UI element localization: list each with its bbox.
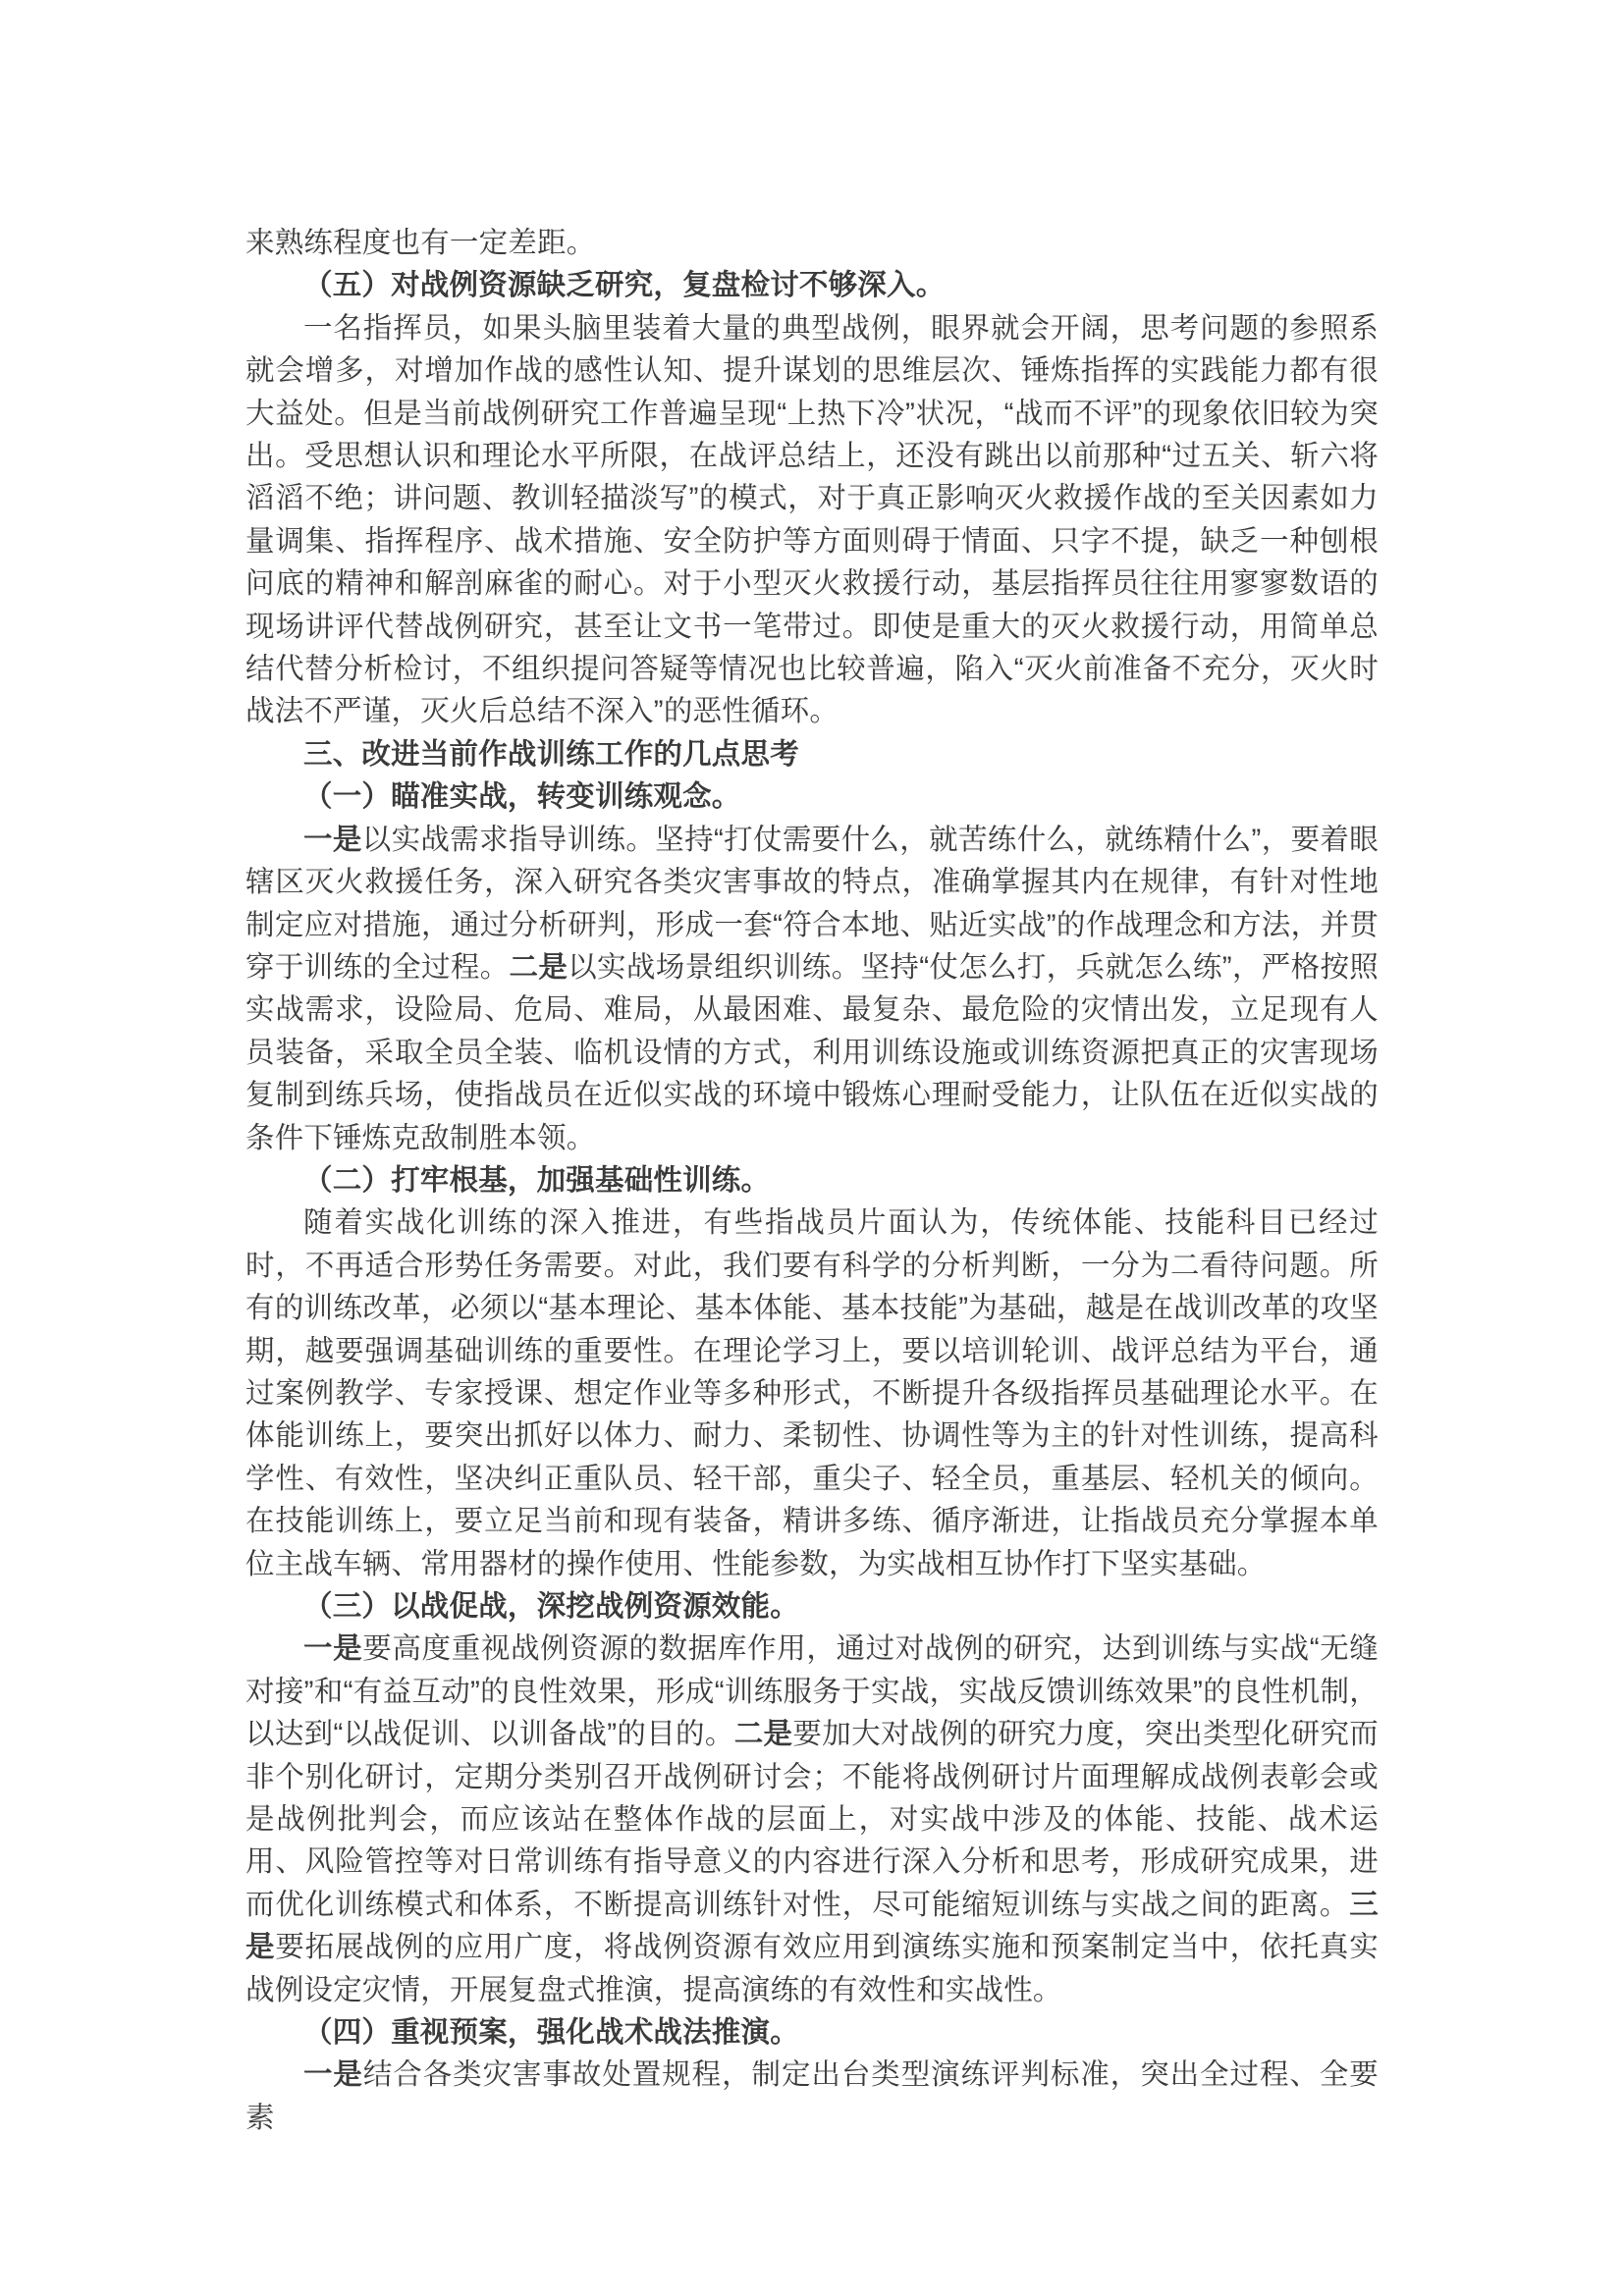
text-run: 随着实战化训练的深入推进，有些指战员片面认为，传统体能、技能科目已经过时，不再适… <box>245 1206 1379 1579</box>
paragraph-3: 一名指挥员，如果头脑里装着大量的典型战例，眼界就会开阔，思考问题的参照系就会增多… <box>245 307 1379 733</box>
bold-text-run: （五）对战例资源缺乏研究，复盘检讨不够深入。 <box>303 269 945 301</box>
bold-text-run: 三、改进当前作战训练工作的几点思考 <box>303 738 799 771</box>
text-run: 一名指挥员，如果头脑里装着大量的典型战例，眼界就会开阔，思考问题的参照系就会增多… <box>245 312 1379 728</box>
document-page: 来熟练程度也有一定差距。（五）对战例资源缺乏研究，复盘检讨不够深入。一名指挥员，… <box>0 0 1624 2296</box>
paragraph-8: 随着实战化训练的深入推进，有些指战员片面认为，传统体能、技能科目已经过时，不再适… <box>245 1201 1379 1585</box>
paragraph-1: 来熟练程度也有一定差距。 <box>245 222 1379 264</box>
paragraph-5: （一）瞄准实战，转变训练观念。 <box>245 775 1379 818</box>
paragraph-4: 三、改进当前作战训练工作的几点思考 <box>245 733 1379 775</box>
bold-text-run: 二是 <box>734 1718 793 1750</box>
paragraph-7: （二）打牢根基，加强基础性训练。 <box>245 1159 1379 1201</box>
paragraph-11: （四）重视预案，强化战术战法推演。 <box>245 2011 1379 2054</box>
text-run: 要拓展战例的应用广度，将战例资源有效应用到演练实施和预案制定当中，依托真实战例设… <box>245 1931 1379 2005</box>
bold-text-run: （四）重视预案，强化战术战法推演。 <box>303 2016 799 2049</box>
bold-text-run: 一是 <box>303 824 362 856</box>
paragraph-10: 一是要高度重视战例资源的数据库作用，通过对战例的研究，达到训练与实战“无缝对接”… <box>245 1628 1379 2011</box>
bold-text-run: 一是 <box>303 1632 362 1665</box>
paragraph-12: 一是结合各类灾害事故处置规程，制定出台类型演练评判标准，突出全过程、全要素 <box>245 2054 1379 2139</box>
bold-text-run: （一）瞄准实战，转变训练观念。 <box>303 780 741 813</box>
paragraph-2: （五）对战例资源缺乏研究，复盘检讨不够深入。 <box>245 264 1379 306</box>
paragraph-6: 一是以实战需求指导训练。坚持“打仗需要什么，就苦练什么，就练精什么”，要着眼辖区… <box>245 819 1379 1159</box>
paragraph-9: （三）以战促战，深挖战例资源效能。 <box>245 1585 1379 1628</box>
text-run: 来熟练程度也有一定差距。 <box>245 227 595 259</box>
bold-text-run: 二是 <box>510 951 568 984</box>
bold-text-run: （三）以战促战，深挖战例资源效能。 <box>303 1590 799 1623</box>
bold-text-run: （二）打牢根基，加强基础性训练。 <box>303 1164 770 1197</box>
bold-text-run: 一是 <box>303 2058 363 2091</box>
document-body: 来熟练程度也有一定差距。（五）对战例资源缺乏研究，复盘检讨不够深入。一名指挥员，… <box>245 222 1379 2139</box>
text-run: 结合各类灾害事故处置规程，制定出台类型演练评判标准，突出全过程、全要素 <box>245 2058 1379 2133</box>
